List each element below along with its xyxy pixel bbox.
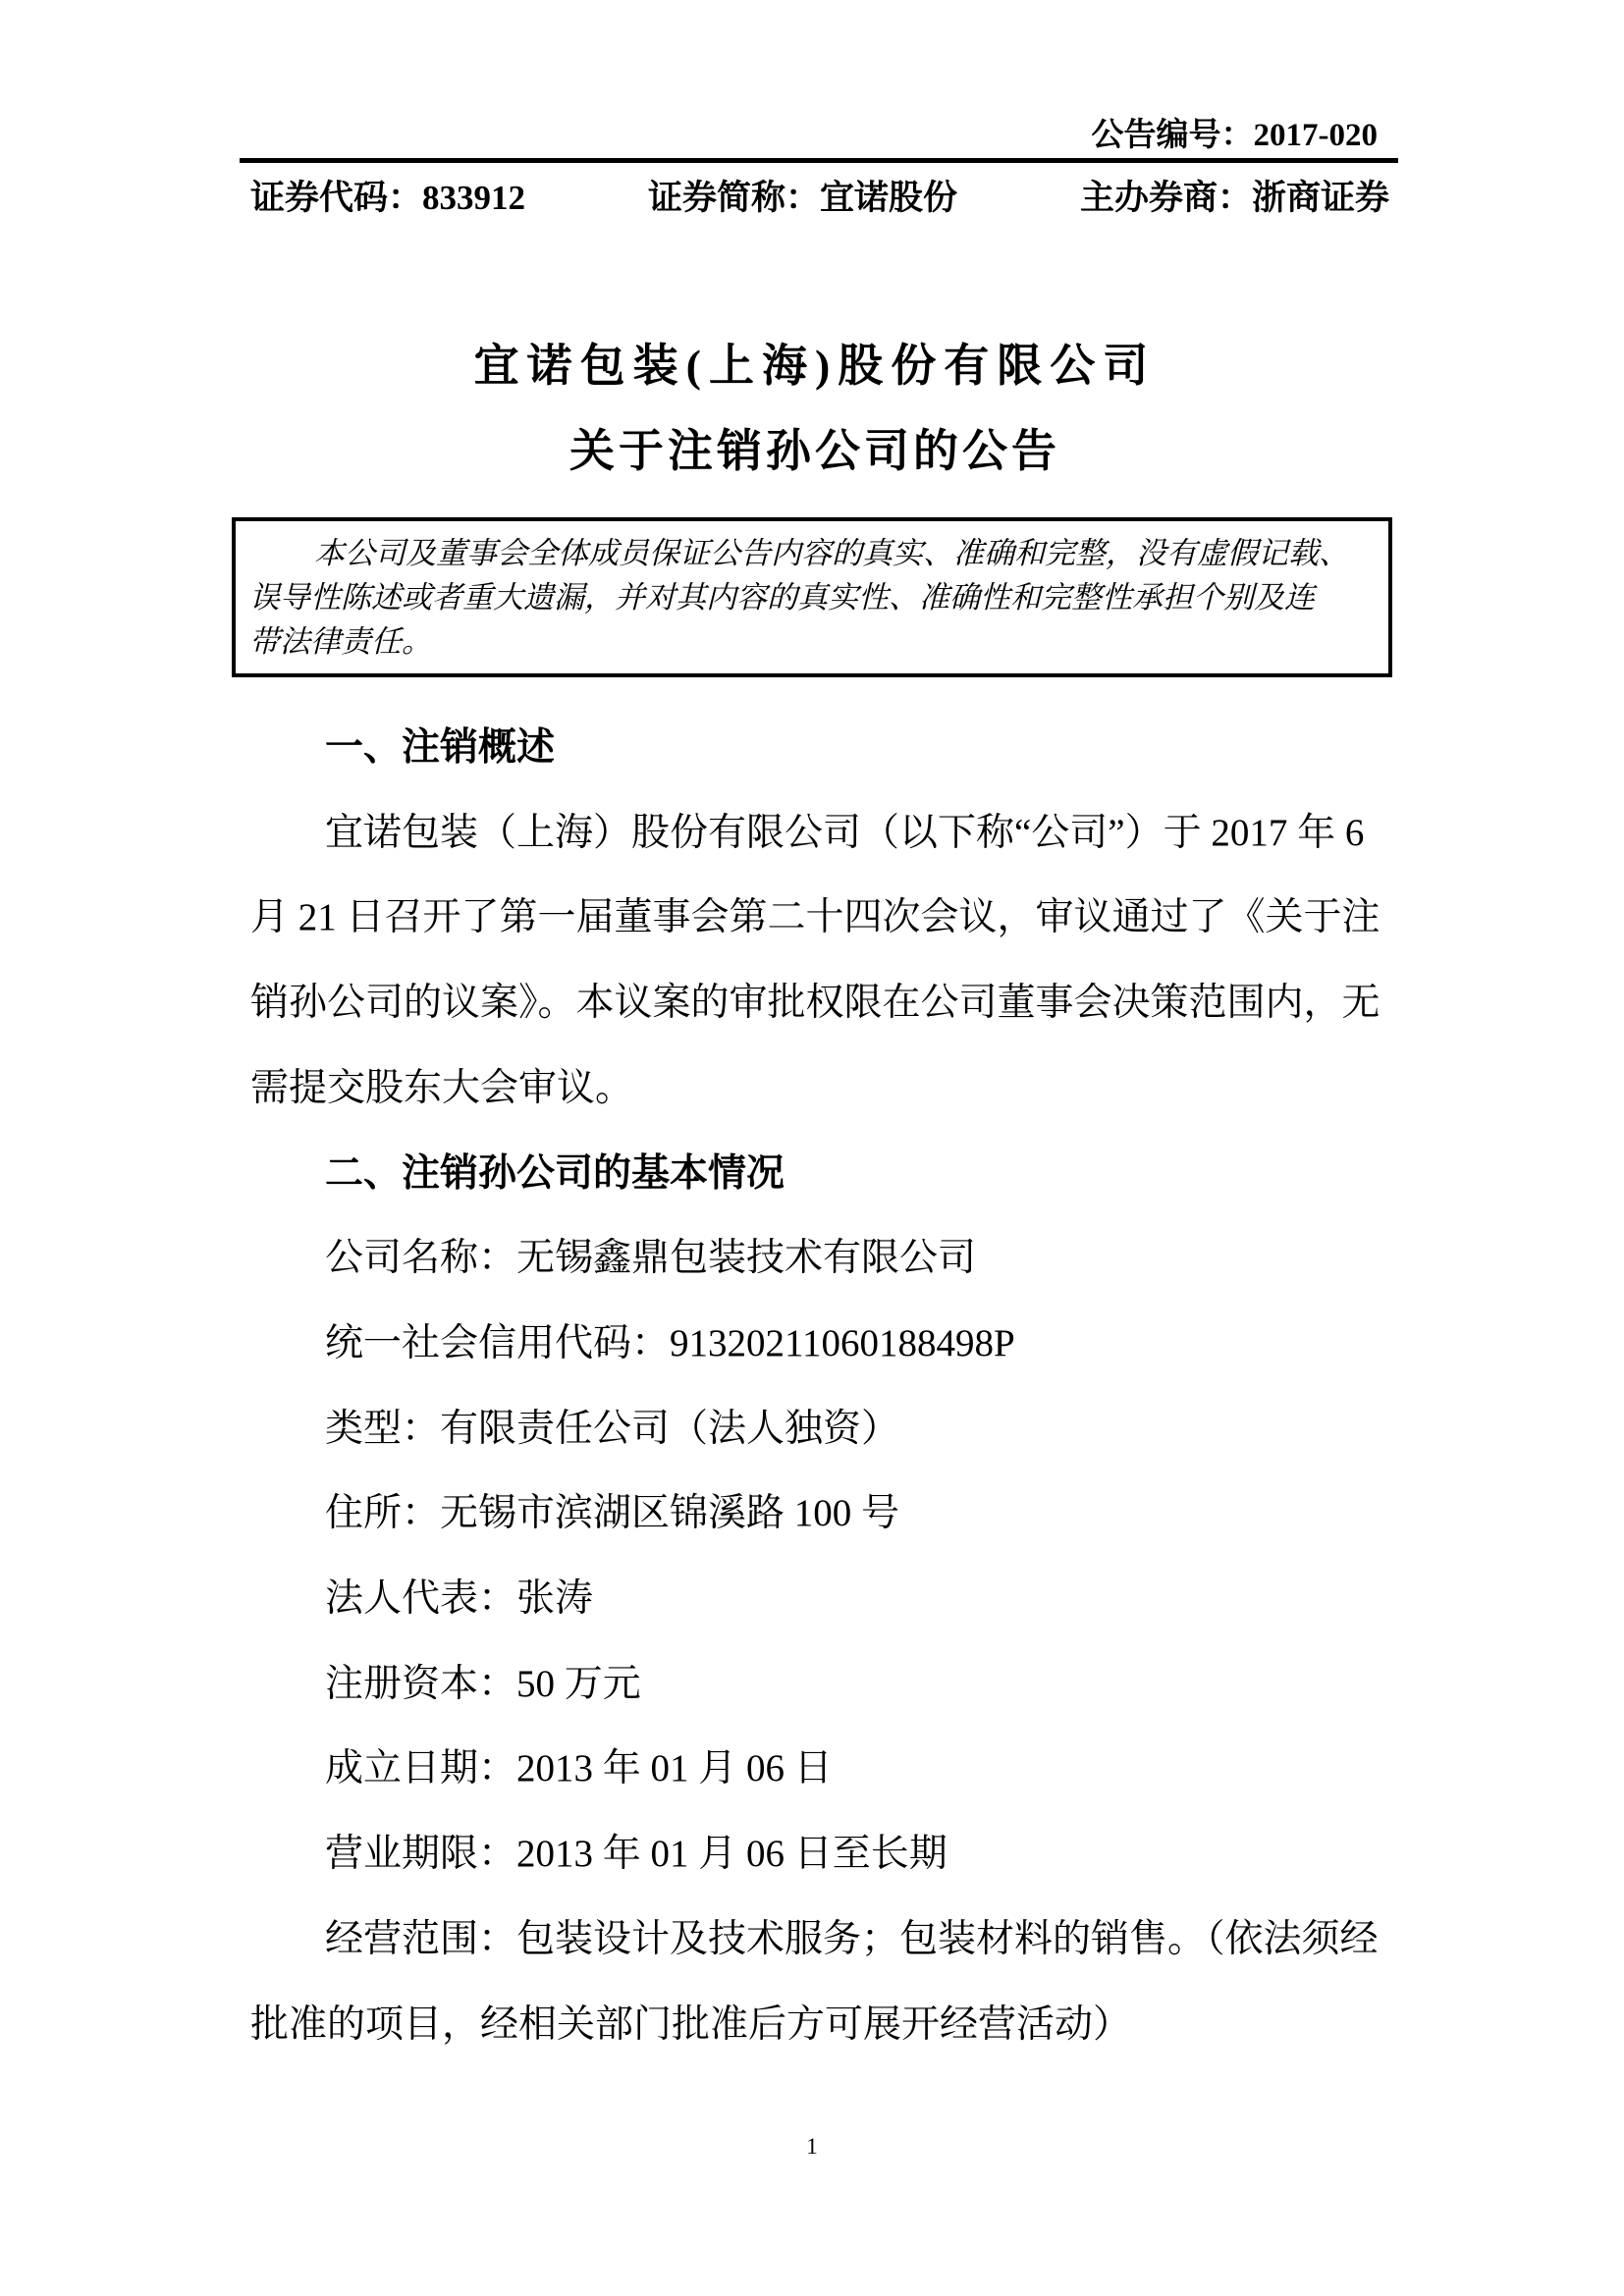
body-line: 营业期限：2013 年 01 月 06 日至长期 bbox=[241, 1812, 1389, 1897]
disclaimer-line: 带法律责任。 bbox=[249, 619, 1379, 664]
body-rows: 一、注销概述宜诺包装（上海）股份有限公司（以下称“公司”）于 2017 年 6月… bbox=[241, 706, 1389, 2067]
disclaimer-line: 本公司及董事会全体成员保证公告内容的真实、准确和完整，没有虚假记载、 bbox=[249, 531, 1379, 575]
body-line: 注册资本：50 万元 bbox=[241, 1642, 1389, 1728]
securities-code: 证券代码：833912 bbox=[250, 177, 525, 220]
body-line: 需提交股东大会审议。 bbox=[241, 1046, 1389, 1132]
section-heading: 一、注销概述 bbox=[241, 706, 1389, 791]
document-title-subject: 关于注销孙公司的公告 bbox=[241, 424, 1389, 479]
page-number: 1 bbox=[0, 2132, 1624, 2162]
body-line: 法人代表：张涛 bbox=[241, 1557, 1389, 1642]
document-page: 公告编号：2017-020 证券代码：833912 证券简称：宜诺股份 主办券商… bbox=[0, 0, 1624, 2296]
disclaimer-line: 误导性陈述或者重大遗漏，并对其内容的真实性、准确性和完整性承担个别及连 bbox=[249, 575, 1379, 619]
disclaimer-box: 本公司及董事会全体成员保证公告内容的真实、准确和完整，没有虚假记载、误导性陈述或… bbox=[232, 517, 1392, 677]
sponsor-broker: 主办券商：浙商证券 bbox=[1080, 177, 1389, 220]
document-title-company: 宜诺包装(上海)股份有限公司 bbox=[241, 339, 1389, 394]
securities-short-name: 证券简称：宜诺股份 bbox=[648, 177, 957, 220]
body-line: 月 21 日召开了第一届董事会第二十四次会议，审议通过了《关于注 bbox=[241, 876, 1389, 961]
body-line: 销孙公司的议案》。本议案的审批权限在公司董事会决策范围内，无 bbox=[241, 961, 1389, 1046]
body-line: 批准的项目，经相关部门批准后方可展开经营活动） bbox=[241, 1983, 1389, 2068]
body-line: 公司名称：无锡鑫鼎包装技术有限公司 bbox=[241, 1216, 1389, 1302]
securities-info-row: 证券代码：833912 证券简称：宜诺股份 主办券商：浙商证券 bbox=[250, 177, 1389, 220]
body-line: 宜诺包装（上海）股份有限公司（以下称“公司”）于 2017 年 6 bbox=[241, 791, 1389, 877]
body-line: 成立日期：2013 年 01 月 06 日 bbox=[241, 1727, 1389, 1812]
body-line: 住所：无锡市滨湖区锦溪路 100 号 bbox=[241, 1471, 1389, 1557]
body-line: 统一社会信用代码：91320211060188498P bbox=[241, 1302, 1389, 1387]
section-heading: 二、注销孙公司的基本情况 bbox=[241, 1132, 1389, 1217]
body-line: 类型：有限责任公司（法人独资） bbox=[241, 1387, 1389, 1472]
body-line: 经营范围：包装设计及技术服务；包装材料的销售。（依法须经 bbox=[241, 1897, 1389, 1983]
announcement-number: 公告编号：2017-020 bbox=[241, 114, 1389, 157]
header-divider-rule bbox=[240, 158, 1398, 163]
